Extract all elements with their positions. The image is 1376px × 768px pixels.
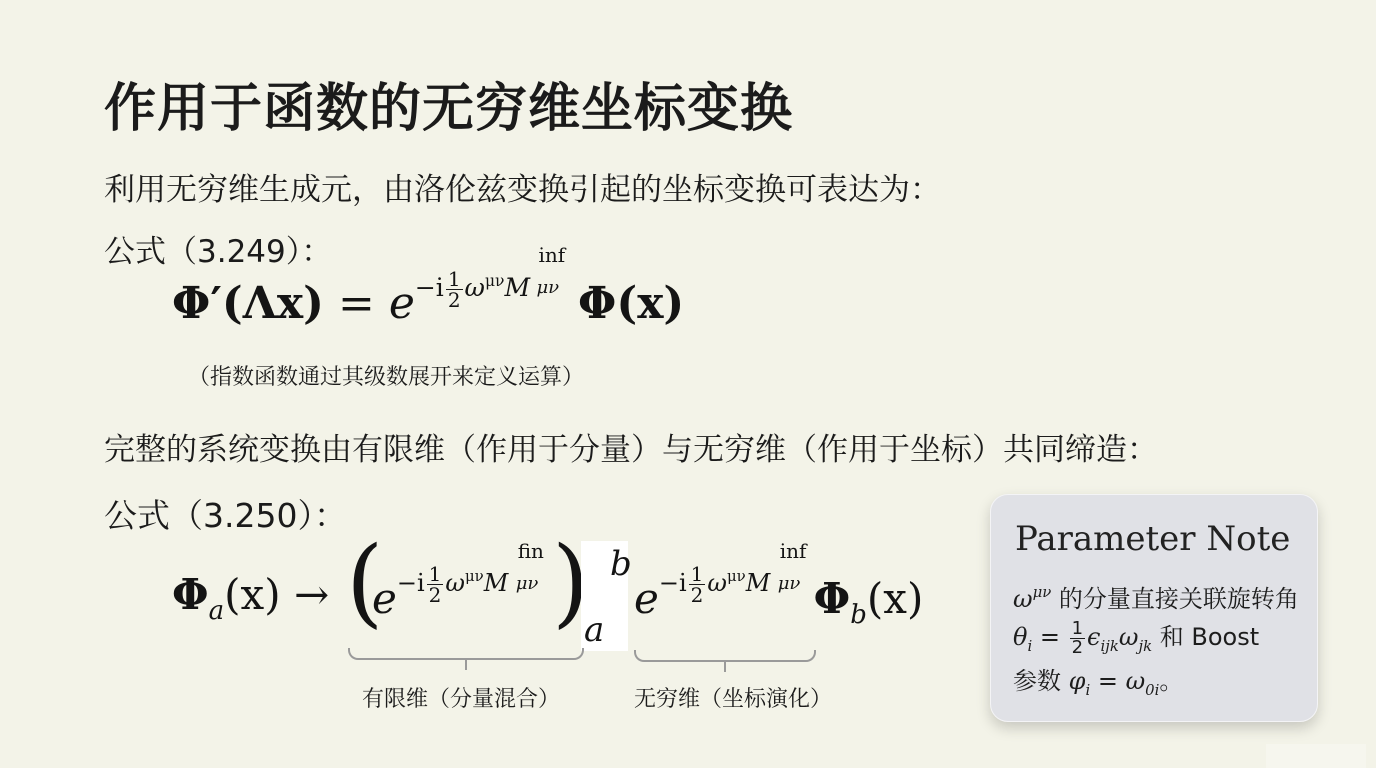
- omega: ω: [1013, 585, 1033, 613]
- finite-label: 有限维（分量混合）: [362, 682, 560, 713]
- intro-text: 利用无穷维生成元，由洛伦兹变换引起的坐标变换可表达为：: [104, 164, 941, 209]
- M-sub: μν: [778, 573, 801, 594]
- M-sup-inf: inf: [780, 539, 807, 563]
- frac-num: 1: [689, 564, 706, 585]
- omega-sub: jk: [1138, 637, 1152, 655]
- formula-3-249: Φ′(Λx) = e−i12ωμνMinfμν Φ(x): [172, 278, 684, 332]
- phi-sub: i: [1085, 681, 1090, 699]
- exponent: −i12ωμνMinfμν: [415, 273, 530, 302]
- infinite-underbrace: [634, 650, 816, 662]
- infinite-exponential: e−i12ωμνMinfμν Φb(x): [634, 574, 923, 627]
- brace-tip: [465, 658, 467, 670]
- sup-b: b: [610, 544, 632, 584]
- frac-num: 1: [427, 564, 444, 585]
- exponent: −i12ωμνMinfμν: [659, 569, 770, 597]
- omega: ω: [445, 569, 465, 597]
- M-sub: μν: [536, 277, 559, 298]
- omega-sup: μν: [485, 272, 505, 290]
- frac-den: 2: [448, 290, 461, 310]
- period: 。: [1159, 667, 1183, 695]
- M-symbol: M: [746, 569, 771, 597]
- card-line-2: θi = 12ϵijkωjk 和 Boost: [1013, 617, 1259, 657]
- finite-exponential: e−i12ωμνMfinμν: [372, 574, 508, 627]
- formula1-lhs: Φ′(Λx): [172, 278, 324, 329]
- exp-base: e: [372, 574, 397, 623]
- epsilon-sub: ijk: [1101, 637, 1119, 655]
- M-generator: Minfμν: [746, 569, 771, 597]
- epsilon: ϵ: [1087, 623, 1100, 651]
- phi-symbol: Φ: [814, 574, 851, 623]
- omega-sup: μν: [1033, 583, 1052, 601]
- M-sup-fin: fin: [518, 539, 544, 563]
- equals: =: [1032, 623, 1067, 651]
- full-transform-text: 完整的系统变换由有限维（作用于分量）与无穷维（作用于坐标）共同缔造：: [104, 424, 1158, 469]
- line3-text: 参数: [1013, 667, 1069, 695]
- phi-arg: (x): [224, 570, 280, 619]
- equals: =: [1090, 667, 1125, 695]
- card-line-3: 参数 φi = ω0i。: [1013, 661, 1183, 696]
- exp-base: e: [634, 574, 659, 623]
- omega: ω: [465, 273, 485, 302]
- exp-prefix: −i: [415, 273, 444, 302]
- formula-label-3-250: 公式（3.250）：: [104, 490, 347, 537]
- M-sup: inf: [538, 243, 565, 267]
- frac-den: 2: [1072, 639, 1083, 657]
- M-symbol: M: [504, 273, 530, 302]
- card-title: Parameter Note: [1015, 519, 1290, 559]
- frac-den: 2: [691, 585, 704, 605]
- omega: ω: [707, 569, 727, 597]
- fraction: 12: [427, 564, 444, 605]
- finite-underbrace: [348, 648, 584, 660]
- phi-sub-a: a: [209, 596, 225, 626]
- formula1-rhs: Φ(x): [578, 278, 684, 329]
- formula1-note: （指数函数通过其级数展开来定义运算）: [188, 360, 584, 391]
- matrix-sup-b: b: [610, 544, 632, 584]
- exponent: −i12ωμνMfinμν: [397, 569, 508, 597]
- sub-a: a: [584, 610, 604, 650]
- exp-prefix: −i: [397, 569, 425, 597]
- phi-arg: (x): [867, 574, 923, 623]
- line2-text: 和 Boost: [1152, 623, 1259, 651]
- frac-den: 2: [429, 585, 442, 605]
- omega-sub: 0i: [1145, 681, 1159, 699]
- omega-sup: μν: [727, 567, 746, 585]
- line1-text: 的分量直接关联旋转角: [1051, 585, 1299, 613]
- frac-num: 1: [1070, 620, 1085, 639]
- fraction: 12: [1070, 620, 1085, 657]
- omega: ω: [1126, 667, 1146, 695]
- theta: θ: [1013, 623, 1027, 651]
- formula-label-3-249: 公式（3.249）：: [104, 226, 332, 271]
- theta-sub: i: [1027, 637, 1032, 655]
- formula-3-250-lhs: Φa(x) →: [172, 570, 329, 619]
- frac-num: 1: [446, 269, 463, 290]
- exp-base: e: [389, 278, 415, 329]
- fraction: 12: [446, 269, 463, 310]
- matrix-sub-a: a: [584, 610, 604, 650]
- arrow-icon: →: [294, 570, 329, 619]
- phi-symbol: Φ: [172, 570, 209, 619]
- omega: ω: [1119, 623, 1139, 651]
- M-generator: Mfinμν: [484, 569, 509, 597]
- page-title: 作用于函数的无穷维坐标变换: [104, 66, 793, 141]
- card-line-1: ωμν 的分量直接关联旋转角: [1013, 579, 1299, 614]
- infinite-label: 无穷维（坐标演化）: [634, 682, 832, 713]
- M-sub: μν: [516, 573, 539, 594]
- omega-sup: μν: [465, 567, 484, 585]
- exp-prefix: −i: [659, 569, 687, 597]
- background-patch: [1266, 744, 1366, 768]
- M-symbol: M: [484, 569, 509, 597]
- fraction: 12: [689, 564, 706, 605]
- M-generator: Minfμν: [504, 273, 530, 302]
- equals-sign: =: [338, 278, 375, 329]
- parameter-note-card: Parameter Note ωμν 的分量直接关联旋转角 θi = 12ϵij…: [990, 494, 1318, 722]
- phi: φ: [1069, 667, 1086, 695]
- phi-sub-b: b: [850, 600, 867, 630]
- brace-tip: [724, 660, 726, 672]
